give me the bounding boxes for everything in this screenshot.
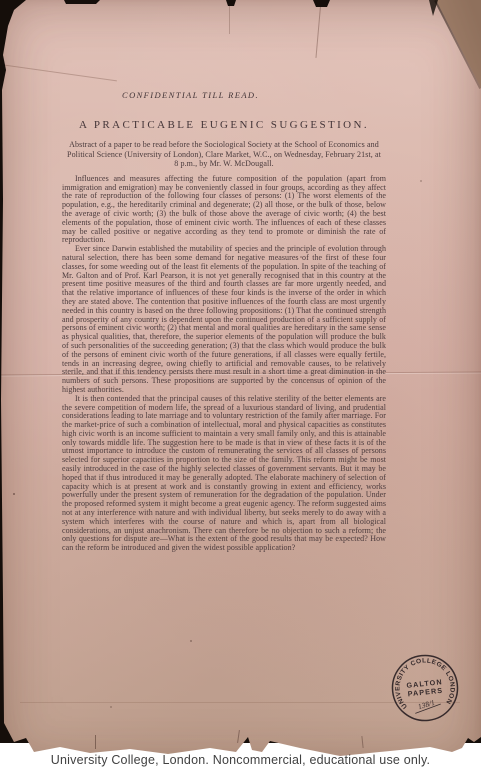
printed-text-block: CONFIDENTIAL TILL READ. A PRACTICABLE EU…	[62, 90, 386, 553]
paragraph: It is then contended that the principal …	[62, 395, 386, 553]
document-abstract: Abstract of a paper to be read before th…	[65, 140, 383, 169]
crease-line	[0, 64, 117, 81]
crease-line	[315, 0, 321, 58]
document-body: Influences and measures affecting the fu…	[62, 175, 386, 553]
footer-caption: University College, London. Noncommercia…	[0, 753, 481, 767]
paragraph: Influences and measures affecting the fu…	[62, 175, 386, 245]
paper-specks	[13, 493, 15, 495]
tear-mark	[361, 736, 363, 748]
tear-mark	[95, 735, 96, 749]
paper-document: CONFIDENTIAL TILL READ. A PRACTICABLE EU…	[0, 0, 481, 769]
crease-line	[229, 0, 230, 34]
archive-stamp: UNIVERSITY COLLEGE LONDON GALTON PAPERS …	[383, 646, 467, 730]
confidential-note: CONFIDENTIAL TILL READ.	[122, 90, 386, 100]
tear-mark	[237, 730, 240, 743]
paragraph: Ever since Darwin established the mutabi…	[62, 245, 386, 395]
scanned-document-photo: CONFIDENTIAL TILL READ. A PRACTICABLE EU…	[0, 0, 481, 769]
document-title: A PRACTICABLE EUGENIC SUGGESTION.	[62, 119, 386, 131]
